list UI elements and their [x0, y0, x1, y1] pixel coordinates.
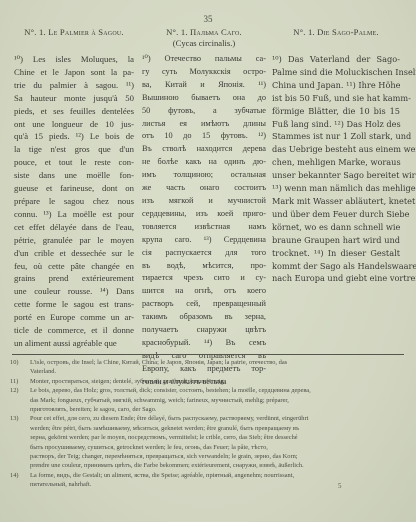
page-number: 35	[0, 14, 416, 24]
text-line: получаетъ снаружи цвѣтъ	[142, 324, 266, 337]
column-body-german: ¹⁰) Das Vaterland der Sago-Palme sind di…	[272, 53, 400, 285]
footnote-line: Le bois, дерево, das Holz; gros, толстый…	[30, 386, 406, 395]
text-line: крупа саго. ¹³) Сердцевина	[142, 234, 266, 247]
text-line: trie du palmier à sagou. ¹¹)	[14, 79, 134, 92]
footnote-number: 12)	[10, 386, 19, 395]
footnote-line: приготовлять, bereiten; le sagou, саго, …	[30, 405, 406, 414]
text-line: porté en Europe comme un ar-	[14, 311, 134, 324]
text-line: не болѣе какъ на одинъ дю-	[142, 156, 266, 169]
column-heading-french: N°. 1. Le Palmier à Sagou.	[14, 27, 134, 38]
footnote-separator	[12, 354, 404, 355]
column-body-russian: ¹⁰) Отечество пальмы са-гу суть Молуккск…	[142, 53, 266, 389]
text-line: grains prend extérieurement	[14, 272, 134, 285]
text-line: und über dem Feuer durch Siebe	[272, 208, 400, 221]
text-line: trocknet. ¹⁴) In dieser Gestalt	[272, 247, 400, 260]
text-line: pétrie, granulée par le moyen	[14, 234, 134, 247]
text-line: ¹⁰) Отечество пальмы са-	[142, 53, 266, 66]
footnote: 12)Le bois, дерево, das Holz; gros, толс…	[10, 386, 406, 414]
text-line: une couleur rousse. ¹⁴) Dans	[14, 285, 134, 298]
footnote-line: зерна, gekörnt werden; par le moyen, пос…	[30, 433, 406, 442]
text-line: сердцевины, изъ коей приго-	[142, 208, 266, 221]
column-subheading-russian: (Cycas circinalis.)	[142, 38, 266, 49]
text-line: сія распускается для того	[142, 247, 266, 260]
text-line: Fuß lang sind. ¹²) Das Holz des	[272, 118, 400, 131]
text-line: pouce, et tout le reste con-	[14, 156, 134, 169]
text-line: Sa hauteur monte jusqu'à 50	[14, 92, 134, 105]
text-line: ¹⁰) Les isles Moluques, la	[14, 53, 134, 66]
text-line: листья ея имѣютъ длины	[142, 118, 266, 131]
text-line: un aliment aussi agréable que	[14, 337, 134, 350]
book-page: 35 N°. 1. Le Palmier à Sagou. ¹⁰) Les is…	[0, 0, 416, 522]
text-line: cet effet délayée dans de l'eau,	[14, 221, 134, 234]
text-line: въ водѣ, мѣсится, про-	[142, 260, 266, 273]
footnote-number: 10)	[10, 358, 19, 367]
text-line: siste dans une moëlle fon-	[14, 169, 134, 182]
column-heading-russian: N°. 1. Пальма Саго.	[142, 27, 266, 38]
text-line: feu, où cette pâte changée en	[14, 260, 134, 273]
footnote-line: das Mark; fongueux, губчатый, мягкій, sc…	[30, 396, 406, 405]
text-line: chen, mehligen Marke, woraus	[272, 156, 400, 169]
column-russian: N°. 1. Пальма Саго. (Cycas circinalis.) …	[142, 27, 266, 389]
footnote-line: Pour cet effet, для сего, zu diesem Ende…	[30, 414, 406, 423]
text-line: pieds, et ses feuilles dentelées	[14, 105, 134, 118]
footnote: 10)L'isle, островъ, die Insel; la Chine,…	[10, 358, 406, 377]
footnote-line: питательный, nahrhaft.	[30, 480, 406, 489]
text-line: же часть онаго состоитъ	[142, 182, 266, 195]
text-line: ist bis 50 Fuß, und sie hat kamm-	[272, 92, 400, 105]
footnote: 14)La forme, видъ, die Gestalt; un alime…	[10, 471, 406, 490]
footnote-number: 11)	[10, 377, 18, 386]
footnotes: 10)L'isle, островъ, die Insel; la Chine,…	[10, 358, 406, 490]
text-line: тирается чрезъ сито и су-	[142, 272, 266, 285]
text-line: braune Graupen hart wird und	[272, 234, 400, 247]
footnote-line: prendre une couleur, принимать цвѣтъ, di…	[30, 461, 406, 470]
text-line: prépare le sagou chez nous	[14, 195, 134, 208]
column-body-french: ¹⁰) Les isles Moluques, laChine et le Ja…	[14, 53, 134, 350]
text-line: такимъ образомъ въ зерна,	[142, 311, 266, 324]
text-line: ¹⁰) Das Vaterland der Sago-	[272, 53, 400, 66]
text-line: ¹³) wenn man nämlich das mehlige	[272, 182, 400, 195]
text-line: kommt der Sago als Handelswaare	[272, 260, 400, 273]
text-line: имъ толщиною; остальная	[142, 169, 266, 182]
footnote-line: werden; être pétri, быть замѣшиваему, мѣ…	[30, 424, 406, 433]
footnote: 13)Pour cet effet, для сего, zu diesem E…	[10, 414, 406, 470]
text-line: ticle de commerce, et il donne	[14, 324, 134, 337]
column-french: N°. 1. Le Palmier à Sagou. ¹⁰) Les isles…	[14, 27, 134, 350]
text-line: шится на огнѣ, отъ коего	[142, 285, 266, 298]
footnote-line: Monter, простираться, steigen; dentelé, …	[30, 377, 406, 386]
text-line: unser bekannter Sago bereitet wird,	[272, 169, 400, 182]
text-line: ont une longueur de 10 jus-	[14, 118, 134, 131]
text-line: cette forme le sagou est trans-	[14, 298, 134, 311]
text-line: Mark mit Wasser abläutert, knetet	[272, 195, 400, 208]
text-line: Stammes ist nur 1 Zoll stark, und	[272, 130, 400, 143]
signature-mark: 5	[338, 482, 342, 490]
footnote-number: 14)	[10, 471, 19, 480]
footnote: 11)Monter, простираться, steigen; dentel…	[10, 377, 406, 386]
text-line: Въ стволѣ находится дерева	[142, 143, 266, 156]
text-line: gueuse et farineuse, dont on	[14, 182, 134, 195]
text-line: körnet, wo es dann schnell wie	[272, 221, 400, 234]
text-line: das Uebrige besteht aus einem wei-	[272, 143, 400, 156]
footnote-line: La forme, видъ, die Gestalt; un aliment,…	[30, 471, 406, 480]
footnote-number: 13)	[10, 414, 19, 423]
text-line: изъ мягкой и мучнистой	[142, 195, 266, 208]
footnote-line: быть просушиваему, сушиться, getrocknet …	[30, 443, 406, 452]
text-line: Chine et le Japon sont la pa-	[14, 66, 134, 79]
text-line: Вышиною бываетъ она до	[142, 92, 266, 105]
text-line: отъ 10 до 15 футовъ. ¹²)	[142, 130, 266, 143]
text-line: nach Europa und giebt eine vortreff-	[272, 272, 400, 285]
footnote-line: растворъ, der Teig; changer, перемѣнятьс…	[30, 452, 406, 461]
text-line: товляется извѣстная намъ	[142, 221, 266, 234]
text-line: d'un crible et dessechée sur le	[14, 247, 134, 260]
footnote-line: Vaterland.	[30, 367, 406, 376]
footnote-line: L'isle, островъ, die Insel; la Chine, Ки…	[30, 358, 406, 367]
text-line: 50 футовъ, а зубчатые	[142, 105, 266, 118]
text-line: la tige n'est gros que d'un	[14, 143, 134, 156]
text-line: Palme sind die Moluckischen Inseln,	[272, 66, 400, 79]
text-line: qu'à 15 pieds. ¹²) Le bois de	[14, 130, 134, 143]
text-line: China und Japan. ¹¹) Ihre Höhe	[272, 79, 400, 92]
text-line: растворъ сей, превращенный	[142, 298, 266, 311]
column-heading-german: N°. 1. Die Sago-Palme.	[272, 27, 400, 38]
text-line: краснобурый. ¹⁴) Въ семъ	[142, 337, 266, 350]
text-line: гу суть Молуккскія острo-	[142, 66, 266, 79]
text-line: connu. ¹³) La moëlle est pour	[14, 208, 134, 221]
text-line: förmige Blätter, die 10 bis 15	[272, 105, 400, 118]
column-german: N°. 1. Die Sago-Palme. ¹⁰) Das Vaterland…	[272, 27, 400, 285]
text-line: ва, Китай и Японія. ¹¹)	[142, 79, 266, 92]
